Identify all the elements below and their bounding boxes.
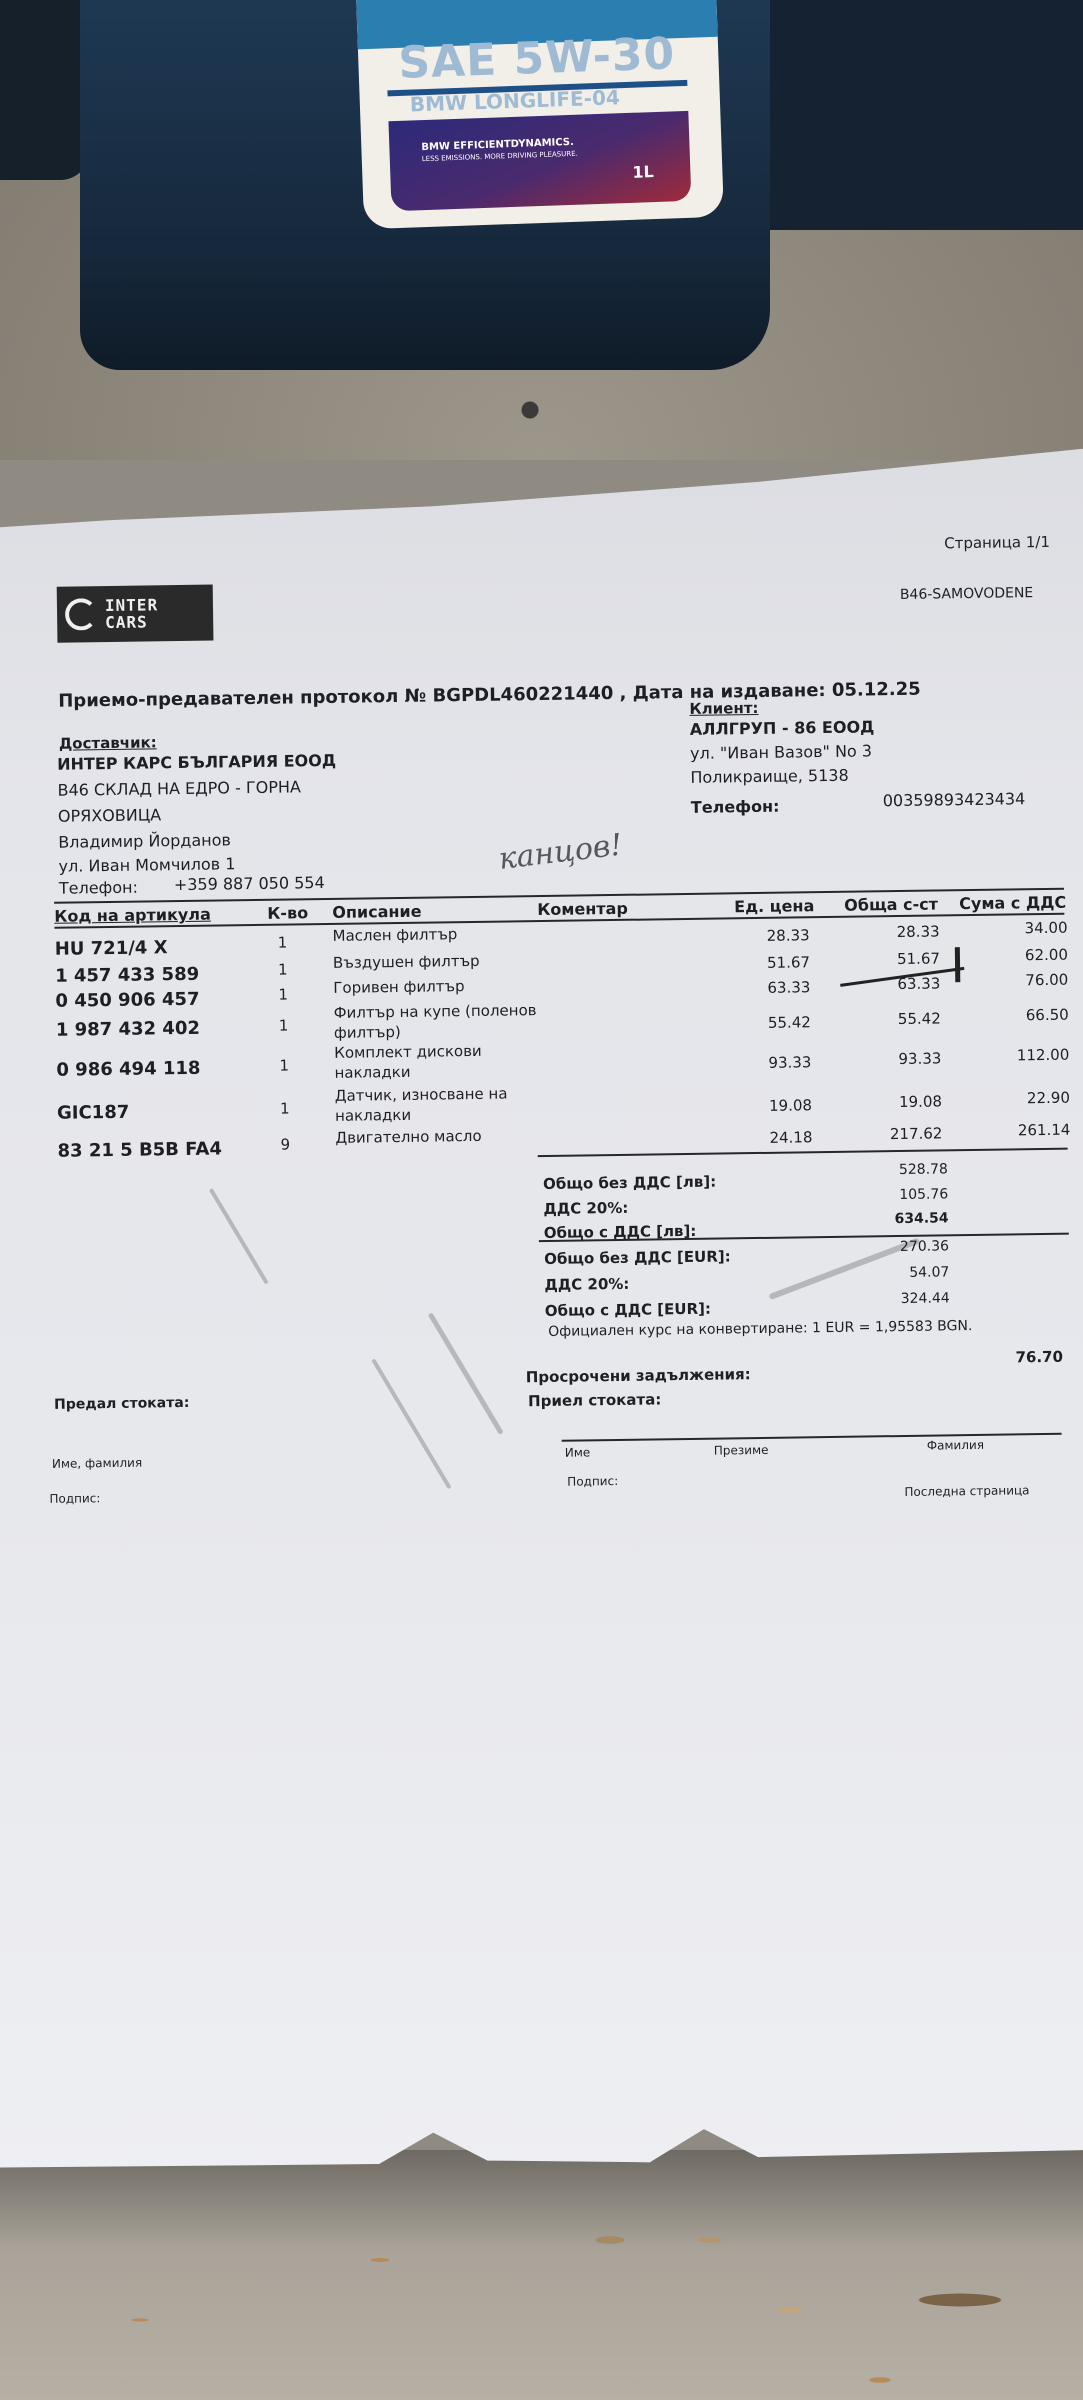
canister-left: [0, 0, 90, 180]
col-header-unit-price: Ед. цена: [734, 896, 814, 916]
first-name-label: Име: [565, 1445, 591, 1459]
row-code: HU 721/4 X: [55, 937, 168, 960]
row-total: 28.33: [849, 922, 939, 941]
col-header-total-vat: Сума с ДДС: [959, 893, 1066, 913]
row-qty: 1: [278, 934, 288, 952]
total-eur-gross-label: Общо с ДДС [EUR]:: [545, 1300, 711, 1320]
row-code: 1 457 433 589: [55, 964, 199, 987]
col-header-comment: Коментар: [537, 899, 628, 919]
client-city: Поликраище, 5138: [690, 766, 849, 787]
total-bgn-gross: 634.54: [838, 1210, 948, 1228]
row-unit-price: 51.67: [720, 953, 810, 972]
row-description: накладки: [335, 1106, 411, 1125]
signature-line: [562, 1433, 1062, 1442]
client-name: АЛЛГРУП - 86 ЕООД: [690, 717, 875, 739]
col-header-total: Обща с-ст: [844, 894, 938, 914]
row-unit-price: 24.18: [722, 1128, 812, 1147]
row-total: 217.62: [852, 1124, 942, 1143]
row-description: Горивен филтър: [333, 977, 465, 997]
supplier-name: ИНТЕР КАРС БЪЛГАРИЯ ЕООД: [57, 751, 336, 774]
row-description: Двигателно масло: [335, 1127, 481, 1147]
total-bgn-net: 528.78: [838, 1161, 948, 1179]
row-qty: 1: [280, 1100, 290, 1118]
col-header-qty: К-во: [267, 903, 308, 923]
middle-name-label: Презиме: [714, 1443, 769, 1458]
total-eur-vat: 54.07: [839, 1264, 949, 1282]
row-qty: 9: [280, 1136, 290, 1154]
supplier-contact: Владимир Йорданов: [58, 830, 231, 851]
row-unit-price: 28.33: [720, 926, 810, 945]
supplier-warehouse-2: ОРЯХОВИЦА: [58, 805, 161, 825]
total-eur-vat-label: ДДС 20%:: [544, 1275, 629, 1294]
signature-label-left: Подпис:: [49, 1491, 100, 1506]
total-eur-net: 270.36: [839, 1238, 949, 1256]
document-content: Страница 1/1 B46-SAMOVODENE INTER CARS П…: [0, 432, 1083, 2192]
last-name-label: Фамилия: [927, 1438, 984, 1453]
row-total-vat: 22.90: [980, 1089, 1070, 1108]
table-bottom-rule: [538, 1148, 1068, 1157]
row-total: 55.42: [851, 1009, 941, 1028]
row-code: 1 987 432 402: [56, 1018, 200, 1041]
row-qty: 1: [279, 1057, 289, 1075]
name-surname-label: Име, фамилия: [52, 1456, 142, 1471]
row-total-vat: 112.00: [979, 1046, 1069, 1065]
row-code: 0 986 494 118: [56, 1058, 200, 1081]
oil-grade: SAE 5W-30: [398, 28, 676, 89]
oil-label: SAE 5W-30 BMW LONGLIFE-04 BMW EFFICIENTD…: [356, 0, 724, 229]
row-qty: 1: [278, 986, 288, 1004]
handwritten-note: канцов!: [497, 828, 624, 877]
total-eur-net-label: Общо без ДДС [EUR]:: [544, 1247, 731, 1268]
last-page-label: Последна страница: [904, 1483, 1029, 1499]
intercars-logo: INTER CARS: [57, 585, 214, 643]
row-description: Маслен филтър: [332, 925, 457, 945]
overdue-value: 76.70: [1015, 1348, 1063, 1367]
client-address: ул. "Иван Вазов" No 3: [690, 741, 872, 763]
row-total: 93.33: [851, 1049, 941, 1068]
received-label: Приел стоката:: [528, 1390, 661, 1410]
oil-volume: 1L: [632, 162, 654, 182]
row-unit-price: 19.08: [722, 1096, 812, 1115]
row-description: накладки: [334, 1063, 410, 1082]
total-bgn-vat-label: ДДС 20%:: [543, 1199, 628, 1218]
row-description: филтър): [334, 1023, 401, 1042]
smudge: [371, 1358, 451, 1489]
smudge: [209, 1188, 269, 1285]
exchange-rate-note: Официален курс на конвертиране: 1 EUR = …: [548, 1318, 972, 1340]
row-code: 0 450 906 457: [55, 989, 199, 1012]
row-total: 51.67: [850, 949, 940, 968]
handed-over-label: Предал стоката:: [54, 1395, 189, 1413]
logo-line1: INTER: [105, 596, 158, 614]
canister-right: [770, 0, 1083, 230]
row-unit-price: 93.33: [721, 1053, 811, 1072]
row-description: Датчик, износване на: [335, 1084, 508, 1104]
row-total-vat: 261.14: [980, 1121, 1070, 1140]
row-total-vat: 62.00: [978, 946, 1068, 965]
supplier-label: Доставчик:: [59, 733, 157, 752]
protocol-title: Приемо-предавателен протокол № BGPDL4602…: [58, 679, 921, 712]
row-total-vat: 66.50: [979, 1006, 1069, 1025]
client-phone: 00359893423434: [883, 789, 1026, 810]
row-description: Филтър на купе (поленов: [334, 1001, 537, 1022]
row-total: 19.08: [852, 1092, 942, 1111]
smudge: [428, 1312, 504, 1435]
client-phone-label: Телефон:: [691, 797, 780, 817]
supplier-phone: +359 887 050 554: [174, 873, 325, 894]
row-qty: 1: [279, 1017, 289, 1035]
col-header-description: Описание: [332, 902, 422, 922]
supplier-address: ул. Иван Момчилов 1: [58, 854, 235, 875]
row-total-vat: 34.00: [977, 919, 1067, 938]
page-number: Страница 1/1: [944, 533, 1050, 552]
row-description: Въздушен филтър: [333, 952, 480, 972]
row-qty: 1: [278, 961, 288, 979]
logo-ring-icon: [65, 598, 97, 630]
client-label: Клиент:: [689, 699, 758, 718]
pen-mark: [955, 947, 960, 982]
total-bgn-vat: 105.76: [838, 1186, 948, 1204]
row-description: Комплект дискови: [334, 1042, 482, 1062]
concrete-floor-bottom: [0, 2150, 1083, 2400]
logo-text: INTER CARS: [105, 596, 159, 631]
branch-code: B46-SAMOVODENE: [900, 585, 1034, 603]
signature-label-right: Подпис:: [567, 1474, 618, 1489]
supplier-warehouse-1: B46 СКЛАД НА ЕДРО - ГОРНА: [57, 777, 301, 799]
logo-line2: CARS: [105, 613, 158, 631]
overdue-label: Просрочени задължения:: [526, 1365, 751, 1386]
row-code: GIC187: [57, 1102, 130, 1124]
total-eur-gross: 324.44: [840, 1290, 950, 1308]
row-unit-price: 55.42: [721, 1013, 811, 1032]
total-bgn-net-label: Общо без ДДС [лв]:: [543, 1173, 716, 1193]
row-total-vat: 76.00: [978, 971, 1068, 990]
supplier-phone-label: Телефон:: [59, 878, 138, 898]
delivery-protocol-paper: Страница 1/1 B46-SAMOVODENE INTER CARS П…: [0, 440, 1083, 2185]
col-header-code: Код на артикула: [54, 905, 211, 926]
row-unit-price: 63.33: [720, 978, 810, 997]
row-code: 83 21 5 B5B FA4: [57, 1138, 222, 1161]
